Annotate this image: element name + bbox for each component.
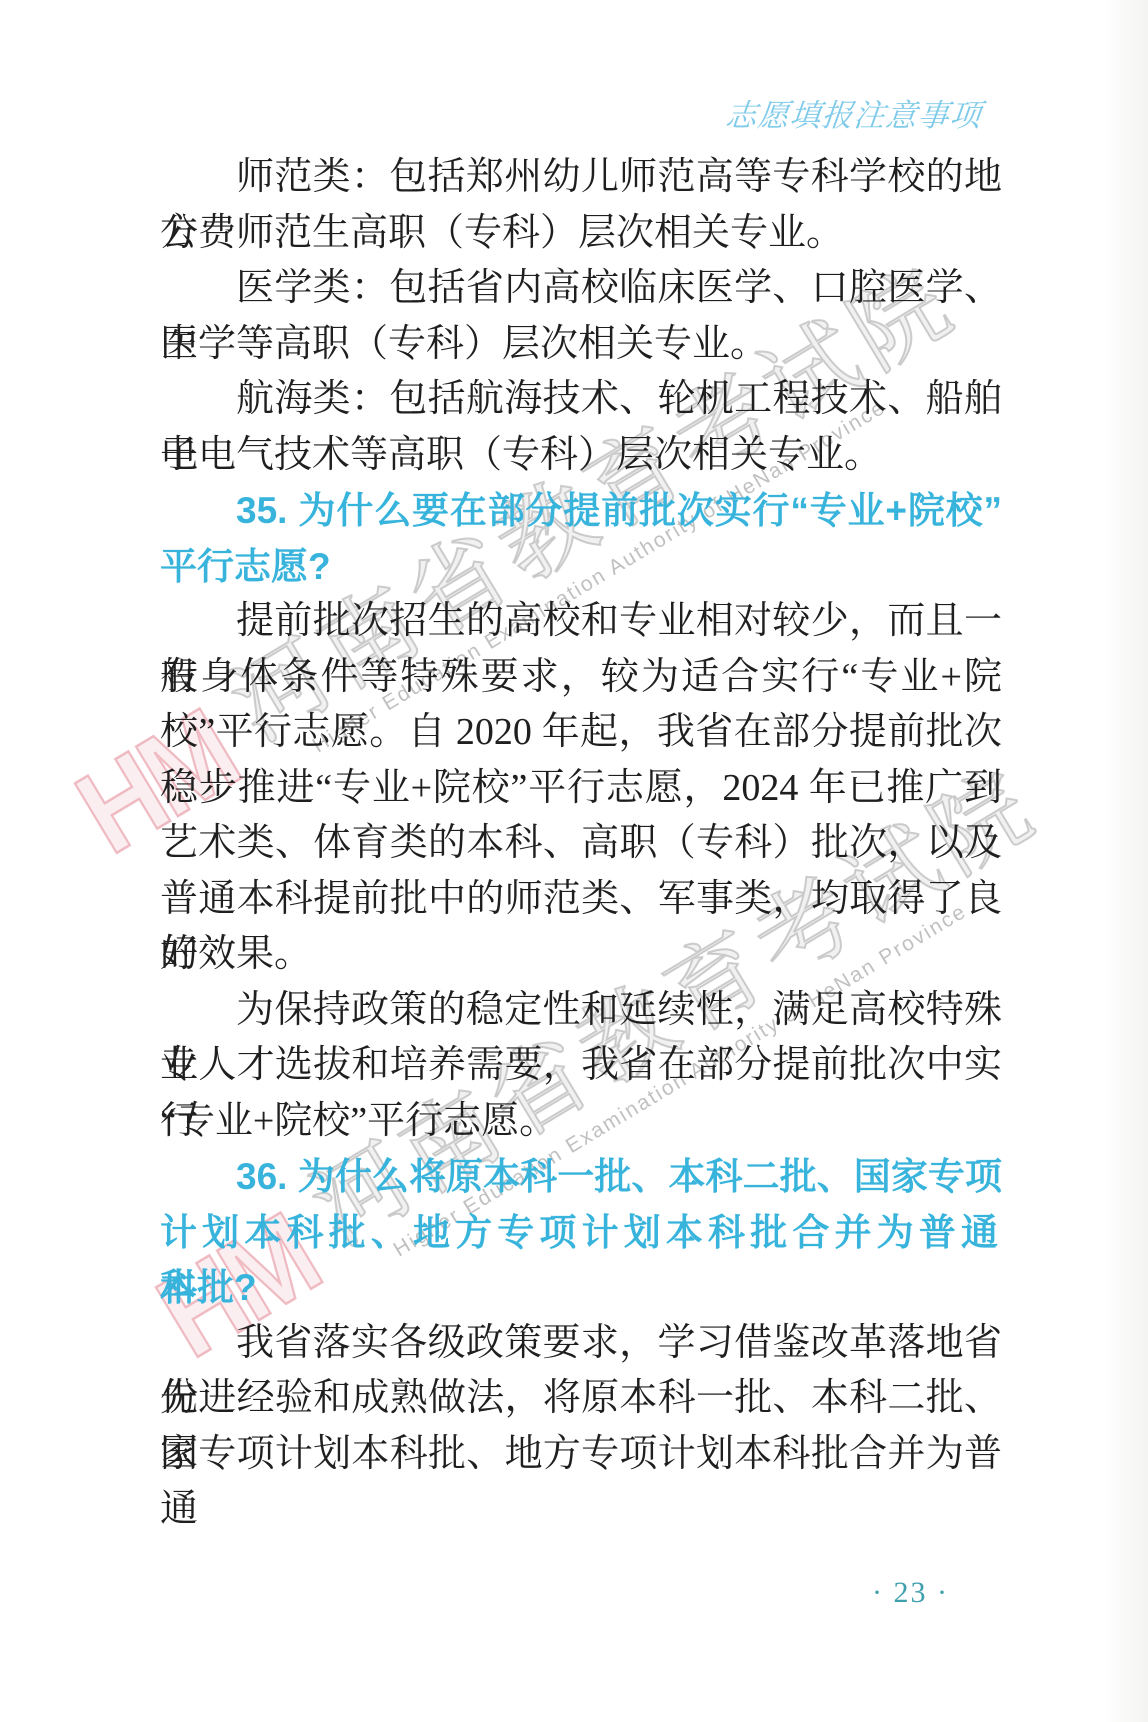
section-heading-line: 科批?: [160, 1260, 1002, 1316]
document-text-block: 师范类：包括郑州幼儿师范高等专科学校的地方 公费师范生高职（专科）层次相关专业。…: [160, 150, 1002, 1482]
text-line: 医学类：包括省内高校临床医学、口腔医学、中: [160, 261, 1002, 317]
text-line: 子电气技术等高职（专科）层次相关专业。: [160, 428, 1002, 484]
text-line: 普通本科提前批中的师范类、军事类，均取得了良好: [160, 872, 1002, 928]
page-number: · 23 ·: [872, 1576, 949, 1610]
running-header-title: 志愿填报注意事项: [724, 90, 969, 135]
text-line: 业人才选拔和培养需要，我省在部分提前批次中实行: [160, 1038, 1002, 1094]
section-heading-line: 36. 为什么将原本科一批、本科二批、国家专项: [160, 1149, 1002, 1205]
text-line: 为保持政策的稳定性和延续性，满足高校特殊专: [160, 983, 1002, 1039]
text-line: 稳步推进“专业+院校”平行志愿，2024 年已推广到: [160, 761, 1002, 817]
text-line: 家专项计划本科批、地方专项计划本科批合并为普通: [160, 1427, 1002, 1483]
text-line: 有身体条件等特殊要求，较为适合实行“专业+院: [160, 650, 1002, 706]
text-line: 先进经验和成熟做法，将原本科一批、本科二批、国: [160, 1371, 1002, 1427]
text-line: 校”平行志愿。自 2020 年起，我省在部分提前批次: [160, 705, 1002, 761]
text-line: 提前批次招生的高校和专业相对较少，而且一般: [160, 594, 1002, 650]
section-heading-line: 平行志愿?: [160, 539, 1002, 595]
text-line: 公费师范生高职（专科）层次相关专业。: [160, 206, 1002, 262]
section-heading-line: 计划本科批、地方专项计划本科批合并为普通本: [160, 1205, 1002, 1261]
text-line: “专业+院校”平行志愿。: [160, 1094, 1002, 1150]
text-line: 我省落实各级政策要求，学习借鉴改革落地省份: [160, 1316, 1002, 1372]
scanned-page: HM 河南省教育考试院 Higher Education Examination…: [0, 0, 1148, 1722]
text-line: 医学等高职（专科）层次相关专业。: [160, 317, 1002, 373]
text-line: 艺术类、体育类的本科、高职（专科）批次，以及: [160, 816, 1002, 872]
section-heading-line: 35. 为什么要在部分提前批次实行“专业+院校”: [160, 483, 1002, 539]
text-line: 的效果。: [160, 927, 1002, 983]
text-line: 师范类：包括郑州幼儿师范高等专科学校的地方: [160, 150, 1002, 206]
text-line: 航海类：包括航海技术、轮机工程技术、船舶电: [160, 372, 1002, 428]
